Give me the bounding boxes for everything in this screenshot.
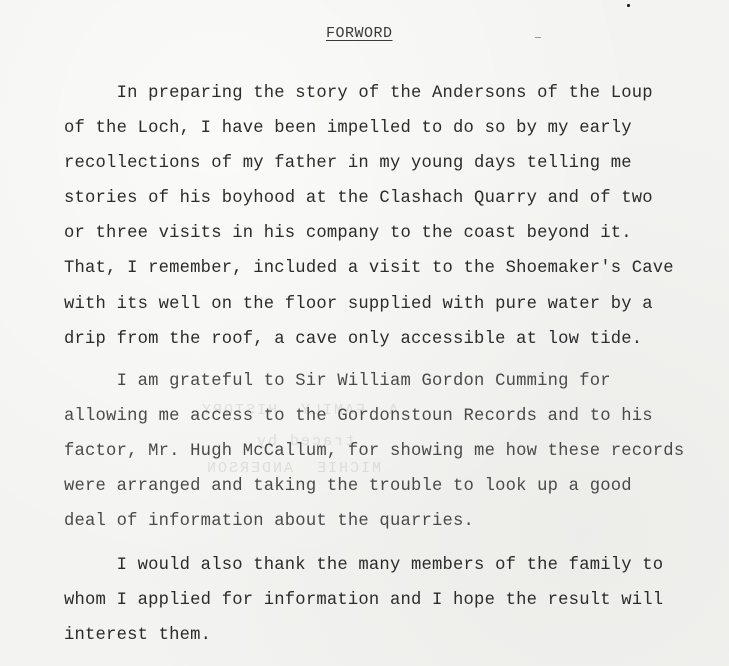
- text-line: of the Loch, I have been impelled to do …: [64, 119, 632, 138]
- text-line: I am grateful to Sir William Gordon Cumm…: [64, 372, 611, 391]
- text-line: In preparing the story of the Andersons …: [64, 84, 653, 103]
- bleed-through-line: MICHIE ANDERSON: [205, 460, 381, 477]
- text-line: recollections of my father in my young d…: [64, 154, 632, 173]
- text-line: whom I applied for information and I hop…: [64, 591, 663, 610]
- ink-speck: [627, 4, 630, 7]
- text-line: stories of his boyhood at the Clashach Q…: [64, 189, 653, 208]
- text-line: interest them.: [64, 626, 211, 645]
- text-line: drip from the roof, a cave only accessib…: [64, 330, 642, 349]
- text-line: allowing me access to the Gordonstoun Re…: [64, 407, 653, 426]
- text-line: That, I remember, included a visit to th…: [64, 259, 674, 278]
- document-title: FORWORD: [326, 25, 393, 42]
- text-line: were arranged and taking the trouble to …: [64, 477, 632, 496]
- text-line: factor, Mr. Hugh McCallum, for showing m…: [64, 442, 684, 461]
- text-line: or three visits in his company to the co…: [64, 224, 632, 243]
- scanned-page: A FAMILY HISTORY traced by MICHIE ANDERS…: [0, 0, 729, 666]
- text-line: I would also thank the many members of t…: [64, 556, 663, 575]
- text-line: deal of information about the quarries.: [64, 512, 474, 531]
- text-line: with its well on the floor supplied with…: [64, 295, 653, 314]
- pencil-mark: [535, 37, 541, 38]
